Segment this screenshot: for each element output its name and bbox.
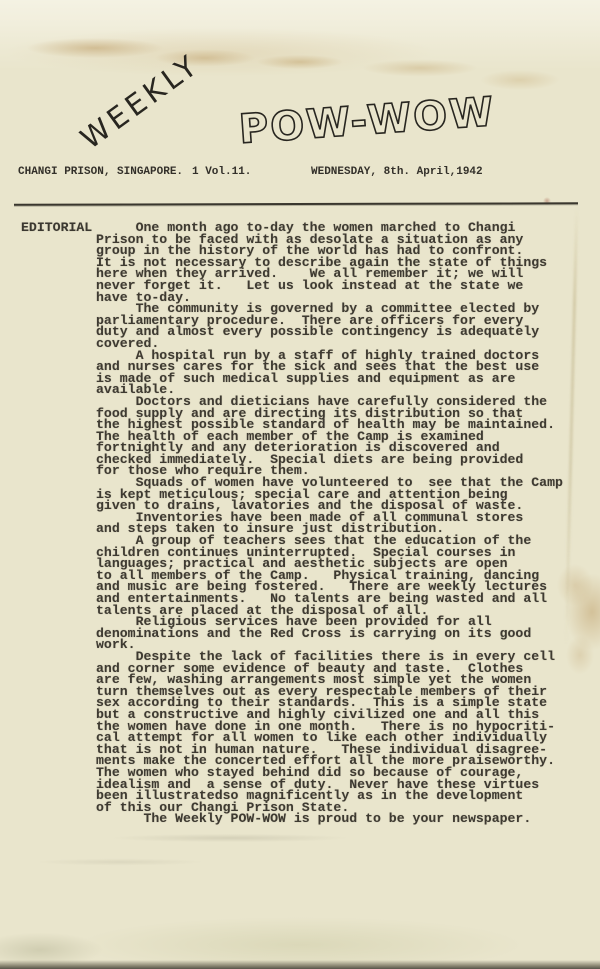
publication-date: WEDNESDAY, 8th. April,1942 xyxy=(311,165,483,179)
article-paragraph: One month ago to-day the women marched t… xyxy=(96,222,576,303)
scanned-newsletter-page: WEEKLY POW-WOW CHANGI PRISON, SINGAPORE.… xyxy=(0,0,600,969)
article-paragraph: Inventories have been made of all commun… xyxy=(96,512,576,535)
article-paragraph: A hospital run by a staff of highly trai… xyxy=(96,350,576,396)
article-paragraph: A group of teachers sees that the educat… xyxy=(96,535,576,616)
masthead-title-handwritten: POW-WOW xyxy=(237,89,496,153)
article-paragraph: The Weekly POW-WOW is proud to be your n… xyxy=(96,813,576,825)
article-paragraph: The community is governed by a committee… xyxy=(96,303,576,349)
header-rule xyxy=(14,202,578,205)
article-paragraph: Despite the lack of facilities there is … xyxy=(96,651,576,813)
article-paragraph: Doctors and dieticians have carefully co… xyxy=(96,396,576,477)
article-paragraph: Squads of women have volunteered to see … xyxy=(96,477,576,512)
publication-volume: 1 Vol.11. xyxy=(192,165,251,179)
publication-location: CHANGI PRISON, SINGAPORE. xyxy=(18,165,183,179)
editorial-article: One month ago to-day the women marched t… xyxy=(96,222,576,825)
article-paragraph: Religious services have been provided fo… xyxy=(96,616,576,651)
section-label-editorial: EDITORIAL xyxy=(21,222,92,234)
publication-line: CHANGI PRISON, SINGAPORE. 1 Vol.11. WEDN… xyxy=(0,165,600,181)
masthead-weekly-handwritten: WEEKLY xyxy=(74,47,206,156)
